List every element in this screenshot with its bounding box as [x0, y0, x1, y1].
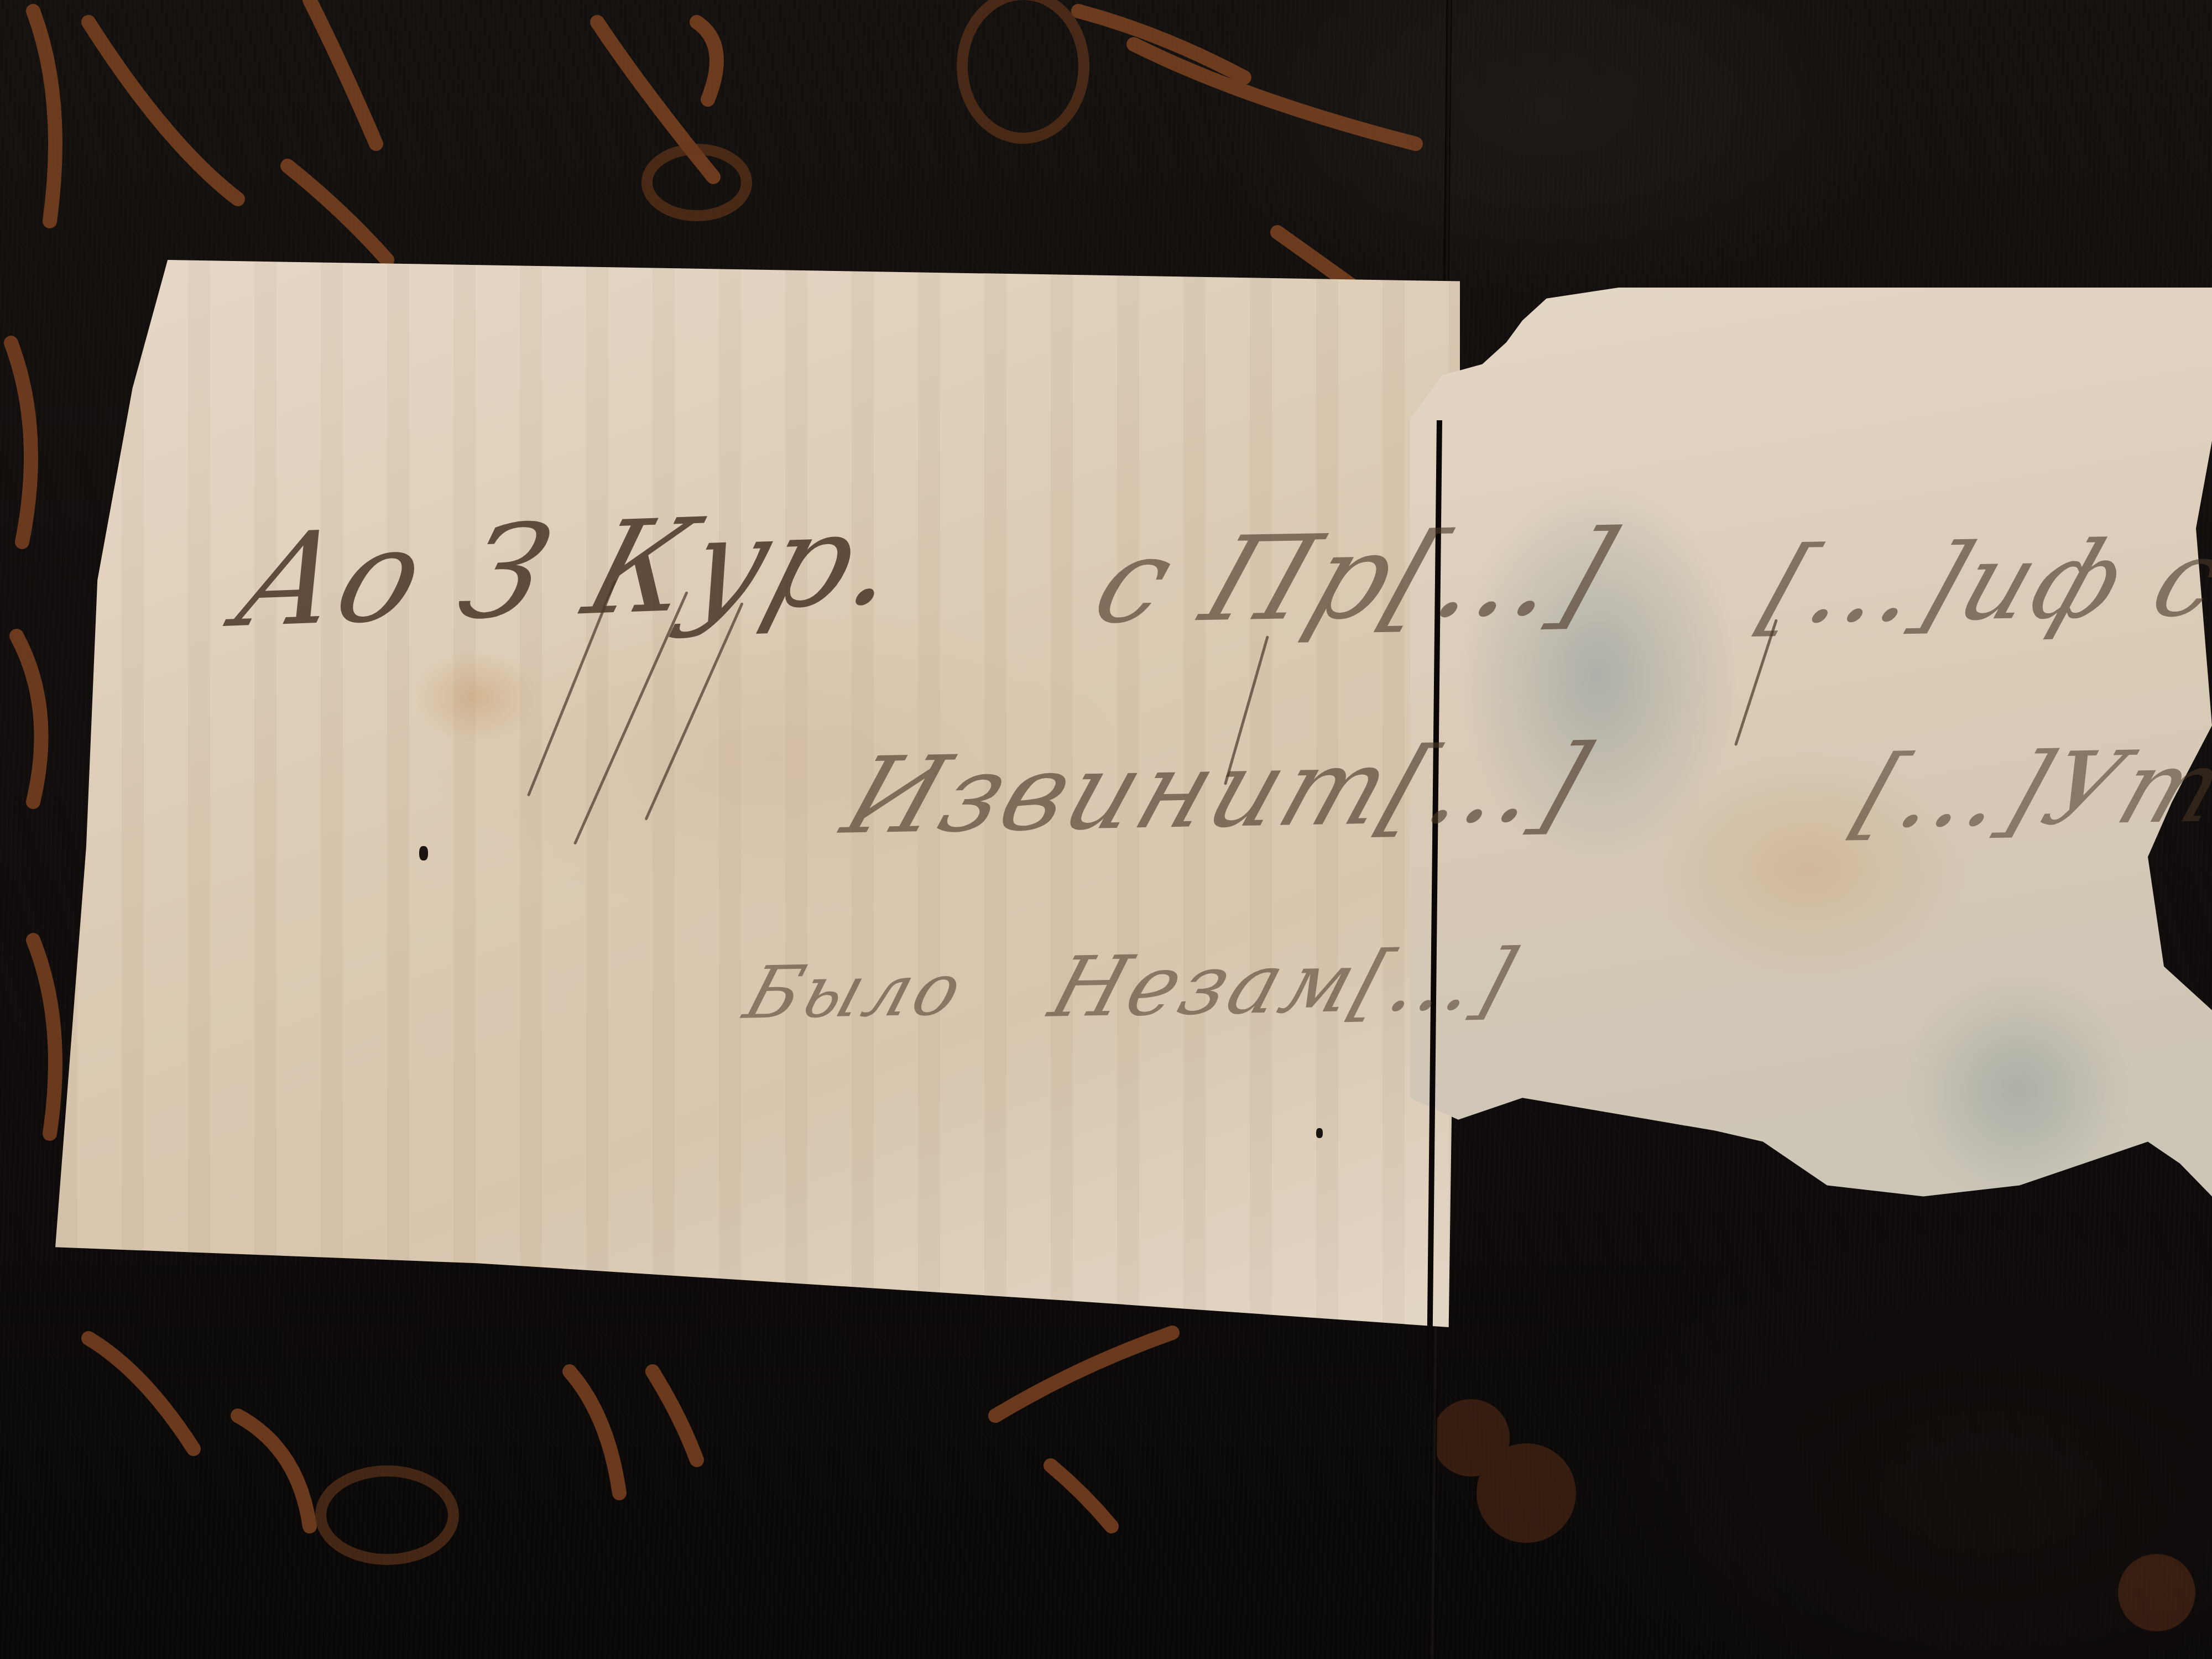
handwriting-line-2a: Извинит[…] [830, 722, 1606, 858]
handwriting-line-3b: Незам[…] [1040, 932, 1528, 1036]
ink-blot [1316, 1128, 1323, 1138]
handwriting-line-1b: с Пр[…] [1078, 504, 1633, 650]
handwriting-line-1a: Ао З Кур. [221, 484, 921, 656]
ink-blot [419, 846, 428, 860]
handwriting-line-1c: […]иф с Вы [1747, 513, 2212, 648]
handwriting-line-3a: Было [735, 947, 975, 1035]
photo-scene: Ао З Кур. с Пр[…] […]иф с Вы Извинит[…] … [0, 0, 2212, 1659]
handwriting-line-2b: […]Утве [1841, 726, 2212, 851]
